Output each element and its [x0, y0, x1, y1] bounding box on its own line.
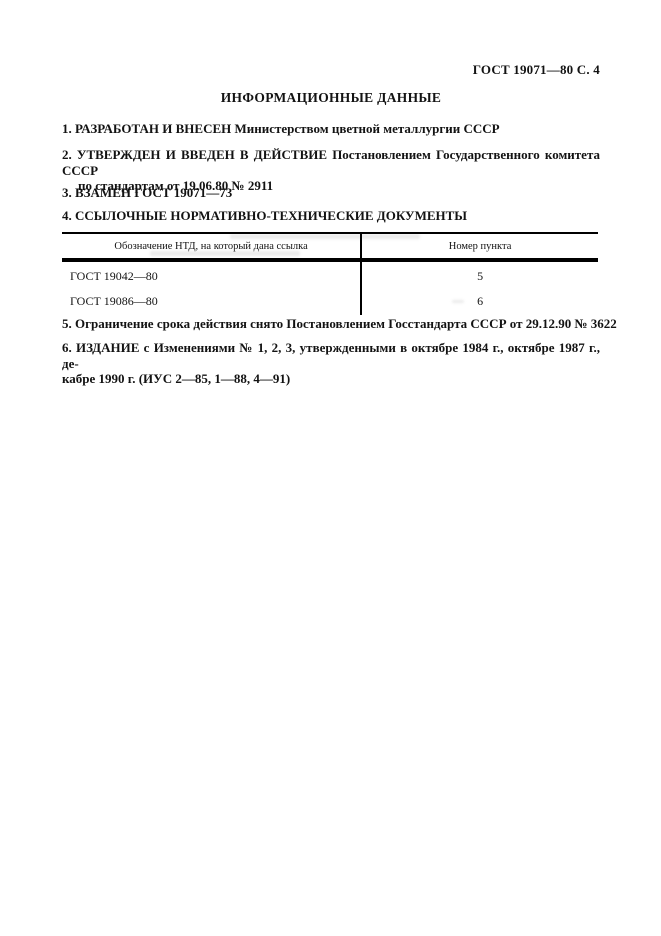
table-cell-ntd: ГОСТ 19042—80: [62, 262, 362, 287]
references-table: Обозначение НТД, на который дана ссылка …: [62, 232, 598, 315]
info-item-2-line-1: 2. УТВЕРЖДЕН И ВВЕДЕН В ДЕЙСТВИЕ Постано…: [62, 147, 600, 178]
info-item-4-text: 4. ССЫЛОЧНЫЕ НОРМАТИВНО-ТЕХНИЧЕСКИЕ ДОКУ…: [62, 208, 600, 224]
info-item-1-text: 1. РАЗРАБОТАН И ВНЕСЕН Министерством цве…: [62, 121, 600, 137]
references-table-body: ГОСТ 19042—80 5 ГОСТ 19086—80 6: [62, 262, 598, 315]
info-item-6-line-1: 6. ИЗДАНИЕ с Изменениями № 1, 2, 3, утве…: [62, 340, 600, 371]
table-row: ГОСТ 19042—80 5: [62, 262, 598, 287]
page-title: ИНФОРМАЦИОННЫЕ ДАННЫЕ: [62, 90, 600, 106]
info-item-1: 1. РАЗРАБОТАН И ВНЕСЕН Министерством цве…: [62, 121, 600, 137]
info-item-6-line-2: кабре 1990 г. (ИУС 2—85, 1—88, 4—91): [62, 371, 600, 387]
references-table-header-row: Обозначение НТД, на который дана ссылка …: [62, 234, 598, 262]
table-cell-punkt: 5: [362, 262, 598, 287]
table-header-ntd: Обозначение НТД, на который дана ссылка: [62, 234, 362, 258]
table-cell-ntd: ГОСТ 19086—80: [62, 287, 362, 315]
info-item-3-text: 3. ВЗАМЕН ГОСТ 19071—73: [62, 185, 600, 201]
info-item-5: 5. Ограничение срока действия снято Пост…: [62, 316, 600, 332]
table-row: ГОСТ 19086—80 6: [62, 287, 598, 315]
info-item-3: 3. ВЗАМЕН ГОСТ 19071—73: [62, 185, 600, 201]
document-page: ГОСТ 19071—80 С. 4 ИНФОРМАЦИОННЫЕ ДАННЫЕ…: [0, 0, 661, 936]
doc-number-page-ref: ГОСТ 19071—80 С. 4: [0, 62, 600, 78]
table-cell-punkt: 6: [362, 287, 598, 315]
info-item-5-text: 5. Ограничение срока действия снято Пост…: [62, 316, 600, 332]
info-item-4: 4. ССЫЛОЧНЫЕ НОРМАТИВНО-ТЕХНИЧЕСКИЕ ДОКУ…: [62, 208, 600, 224]
table-header-punkt: Номер пункта: [362, 234, 598, 258]
info-item-6: 6. ИЗДАНИЕ с Изменениями № 1, 2, 3, утве…: [62, 340, 600, 387]
